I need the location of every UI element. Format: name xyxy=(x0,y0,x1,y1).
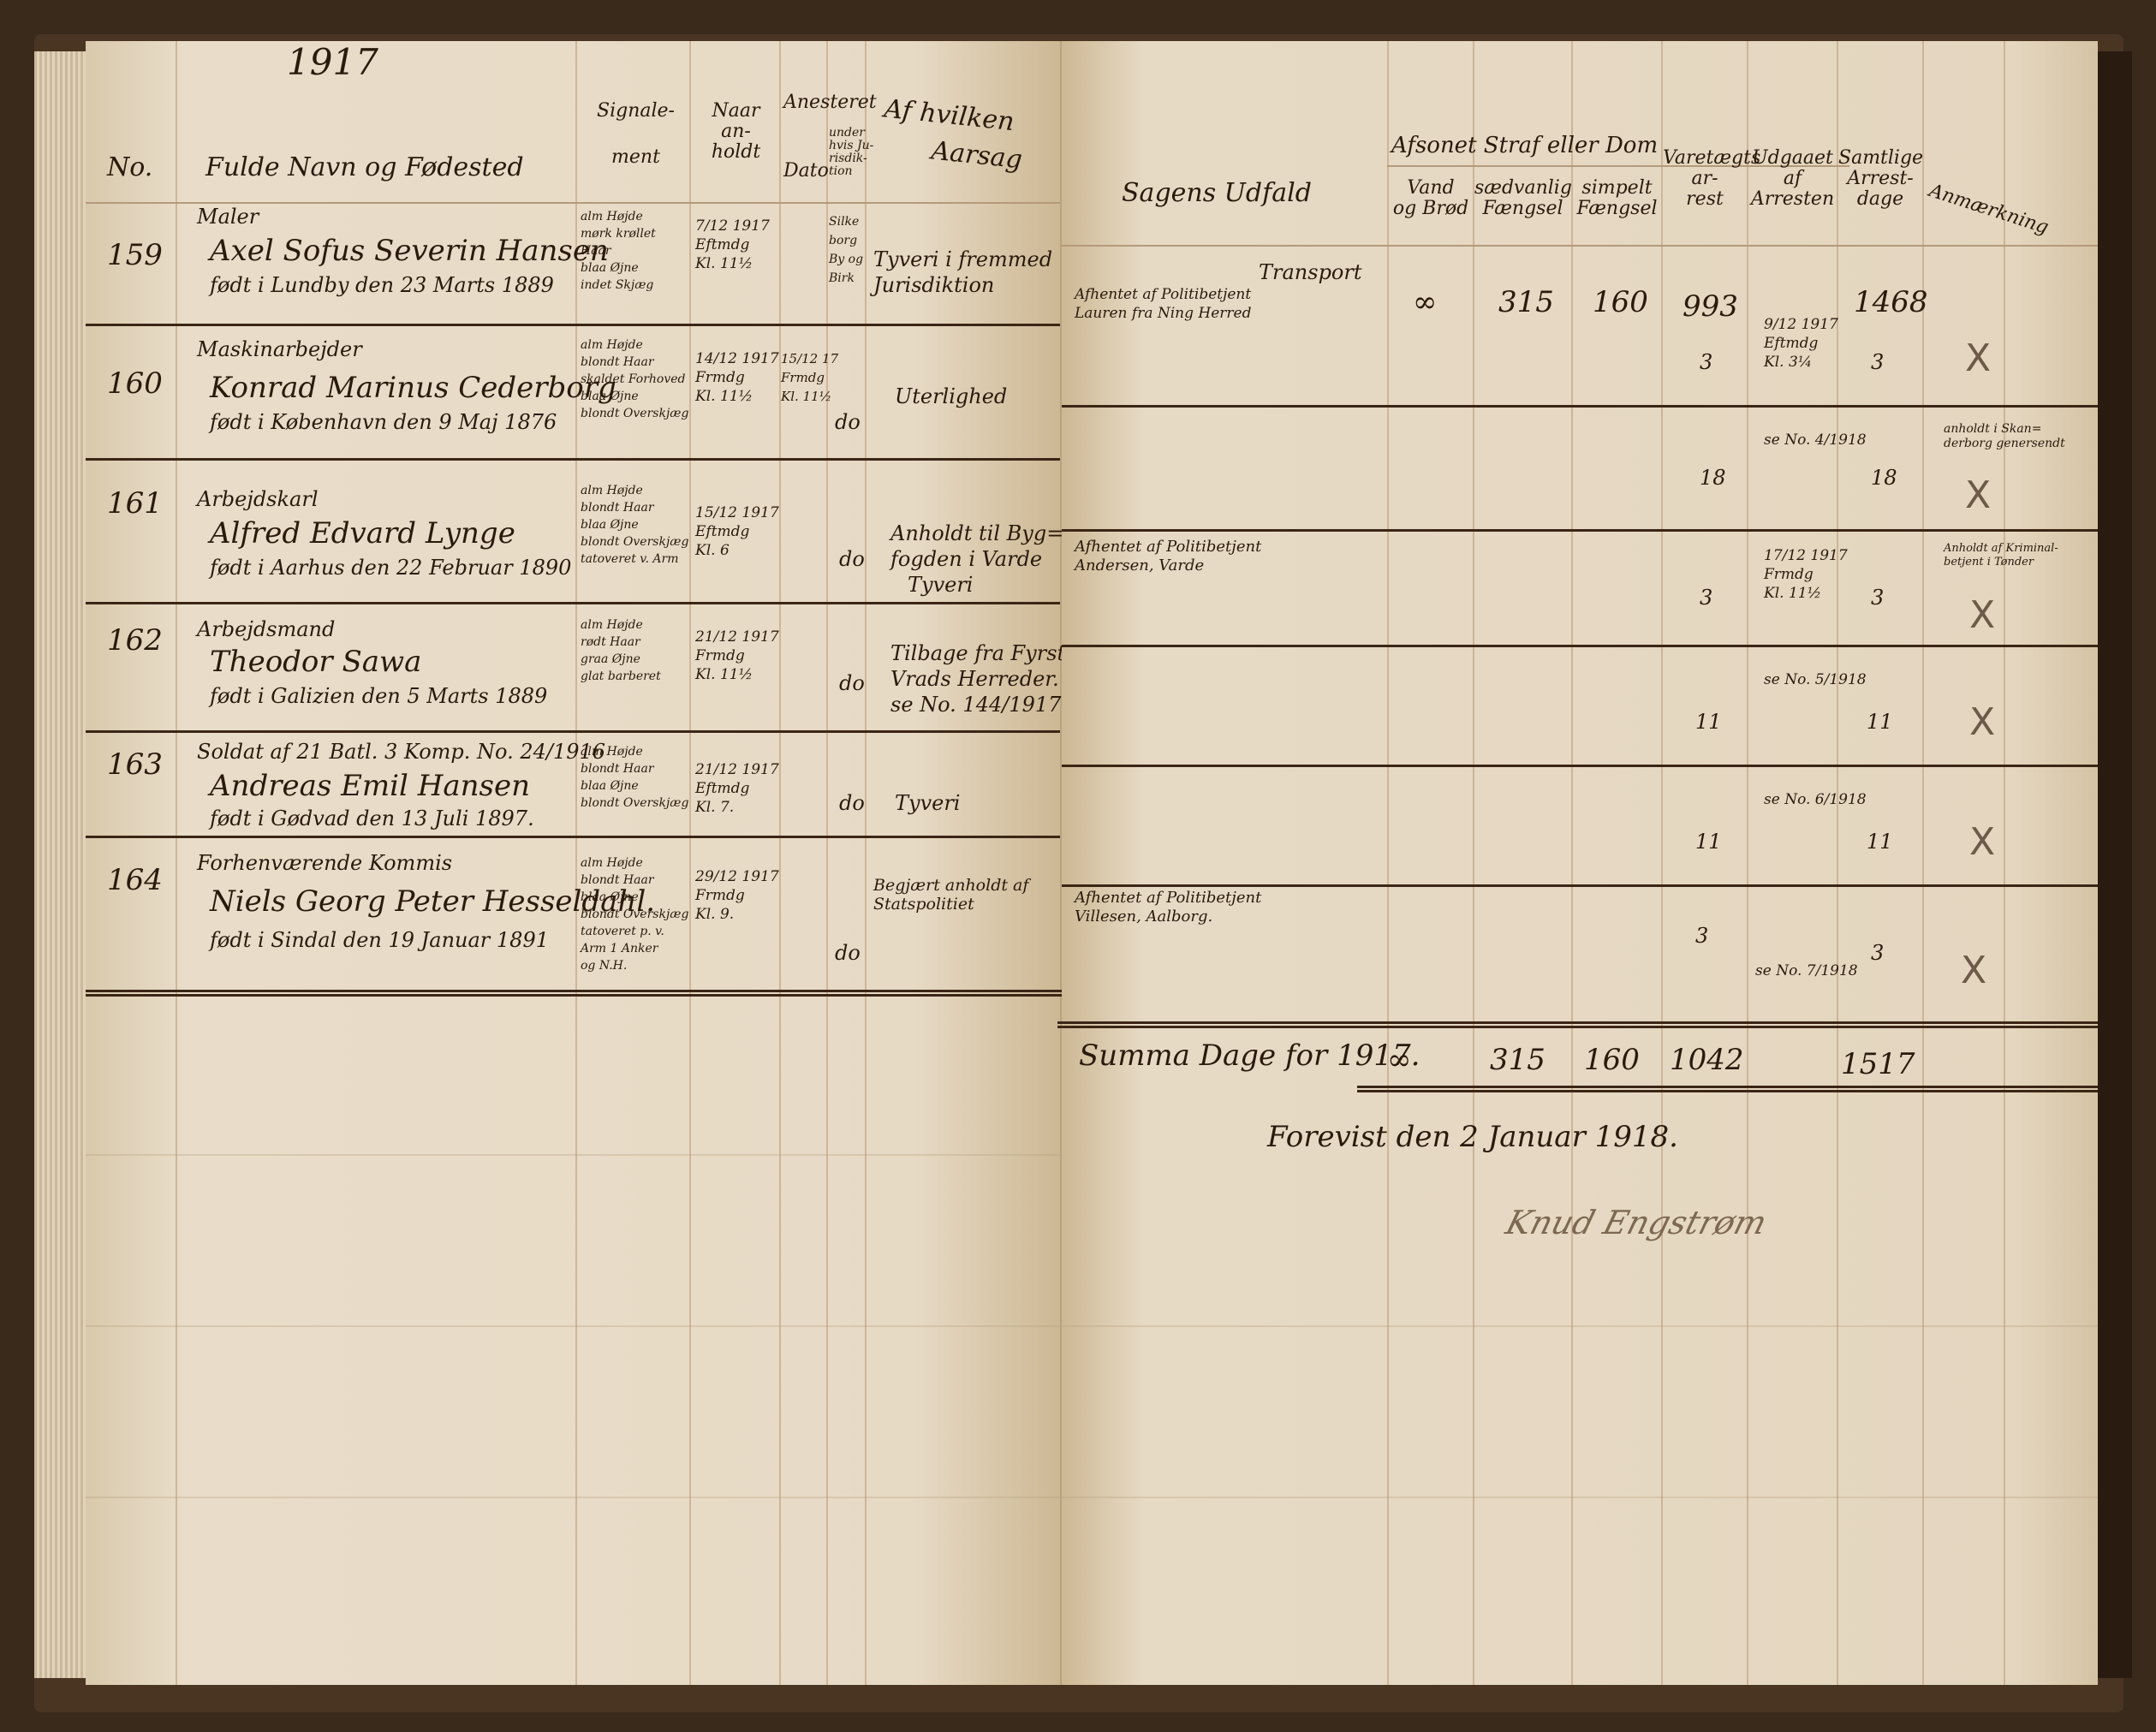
checked-mark-icon: X xyxy=(1965,473,1991,517)
column-rule xyxy=(826,41,828,1685)
anmaerkning-cell: Anholdt af Kriminal-betjent i Tønder xyxy=(1944,542,2058,569)
column-rule xyxy=(1661,41,1663,1685)
book-cover-edge xyxy=(2098,51,2132,1678)
anmaerkning-cell: anholdt i Skan=derborg genersendt xyxy=(1944,422,2065,451)
row-divider xyxy=(86,324,1060,326)
column-rule xyxy=(1473,41,1474,1685)
header-varetaegt: Varetægtsar-rest xyxy=(1663,148,1747,210)
header-sagens-udfald: Sagens Udfald xyxy=(1122,178,1312,208)
anholdt-cell: 29/12 1917FrmdgKl. 9. xyxy=(695,867,779,924)
header-jurisdiktion: under hvis Ju- risdik- tion xyxy=(829,127,873,178)
page-edges-left xyxy=(34,51,86,1678)
header-signalement: Signale- ment xyxy=(587,101,685,168)
column-rule xyxy=(865,41,867,1685)
header-aarsag: Af hvilken Aarsag xyxy=(878,94,1027,176)
signalement-cell: alm Højdeblondt Haarblaa Øjneblondt Over… xyxy=(581,482,688,568)
ruling xyxy=(86,1325,1060,1327)
header-sedvanlig-faengsel: sædvanligFængsel xyxy=(1474,178,1571,219)
udfald-cell: Afhentet af PolitibetjentLauren fra Ning… xyxy=(1075,285,1252,323)
header-anmaerkning: Anmærkning xyxy=(1927,181,2051,239)
header-name-birthplace: Fulde Navn og Fødested xyxy=(205,152,524,182)
anholdt-cell: 14/12 1917FrmdgKl. 11½ xyxy=(695,349,779,406)
header-divider xyxy=(1062,245,2098,247)
totals-label: Summa Dage for 1917. xyxy=(1079,1039,1420,1073)
header-vand-brod: Vandog Brød xyxy=(1389,178,1473,219)
signalement-cell: alm Højdeblondt Haarblaa Øjneblondt Over… xyxy=(581,854,688,974)
column-rule xyxy=(1837,41,1838,1685)
aarsag-cell: Tyveri i fremmedJurisdiktion xyxy=(873,247,1052,298)
column-rule xyxy=(689,41,691,1685)
row-divider xyxy=(86,730,1060,733)
header-dato: Dato xyxy=(783,161,829,182)
checked-mark-icon: X xyxy=(1961,949,1986,992)
row-divider xyxy=(1062,645,2098,647)
header-samtlige: SamtligeArrest-dage xyxy=(1838,148,1922,210)
anholdt-cell: 21/12 1917FrmdgKl. 11½ xyxy=(695,628,779,684)
checked-mark-icon: X xyxy=(1969,700,1995,744)
column-rule xyxy=(1387,41,1389,1685)
anholdt-cell: 15/12 1917EftmdgKl. 6 xyxy=(695,503,779,560)
row-divider xyxy=(86,458,1060,461)
header-number: No. xyxy=(107,152,152,182)
row-divider xyxy=(86,836,1060,838)
column-rule xyxy=(1571,41,1573,1685)
totals-top-rule xyxy=(1057,1021,2098,1028)
ruling xyxy=(1062,1325,2098,1327)
ledger-year: 1917 xyxy=(287,41,378,83)
dato-cell: 15/12 17FrmdgKl. 11½ xyxy=(781,349,838,406)
udfald-cell: Afhentet af PolitibetjentAndersen, Varde xyxy=(1075,538,1261,575)
anholdt-cell: 21/12 1917EftmdgKl. 7. xyxy=(695,760,779,817)
header-udgaaet: UdgaaetafArresten xyxy=(1748,148,1837,210)
left-page: 1917 No. Fulde Navn og Fødested Signale-… xyxy=(86,41,1062,1685)
row-divider xyxy=(1062,765,2098,767)
signalement-cell: alm Højdeblondt Haarblaa Øjneblondt Over… xyxy=(581,743,688,812)
column-rule xyxy=(575,41,577,1685)
column-rule xyxy=(1747,41,1748,1685)
signalement-cell: alm Højderødt Haargraa Øjneglat barberet xyxy=(581,616,661,685)
udgaaet-cell: 9/12 1917EftmdgKl. 3¼ xyxy=(1764,315,1838,372)
udgaaet-cell: 17/12 1917FrmdgKl. 11½ xyxy=(1764,546,1848,603)
checked-mark-icon: X xyxy=(1969,593,1995,637)
aarsag-cell: Begjært anholdt afStatspolitiet xyxy=(873,876,1028,914)
ruling xyxy=(1062,1497,2098,1498)
row-divider xyxy=(1062,405,2098,408)
totals-bottom-rule xyxy=(1357,1086,2098,1092)
ruling xyxy=(86,1497,1060,1498)
signalement-cell: alm Højdeblondt Haarskaldet Forhovedblaa… xyxy=(581,336,688,422)
checked-mark-icon: X xyxy=(1965,336,1991,380)
header-anholdt-group: Anesteret xyxy=(783,92,877,113)
ruling xyxy=(86,1154,1060,1156)
column-rule xyxy=(779,41,781,1685)
row-divider xyxy=(1062,884,2098,887)
header-straf-group: Afsonet Straf eller Dom xyxy=(1391,135,1658,156)
forevist-note: Forevist den 2 Januar 1918. xyxy=(1267,1120,1678,1154)
signature: Knud Engstrøm xyxy=(1503,1205,1771,1240)
aarsag-cell: Anholdt til Byg=fogden i VardeTyveri xyxy=(890,521,1063,598)
header-simpelt-faengsel: simpeltFængsel xyxy=(1573,178,1661,219)
jurisdiktion-cell: SilkeborgBy ogBirk xyxy=(829,212,863,288)
column-rule xyxy=(176,41,177,1685)
header-naar-anholdt: Naar an- holdt xyxy=(695,101,777,163)
anholdt-cell: 7/12 1917EftmdgKl. 11½ xyxy=(695,217,770,273)
row-divider xyxy=(1062,529,2098,532)
end-rule xyxy=(86,990,1064,997)
signalement-cell: alm Højdemørk krølletHaarblaa Øjneindet … xyxy=(581,208,656,294)
row-divider xyxy=(86,602,1060,604)
checked-mark-icon: X xyxy=(1969,820,1995,864)
right-page: Sagens Udfald Afsonet Straf eller Dom Va… xyxy=(1062,41,2098,1685)
column-rule xyxy=(2004,41,2005,1685)
udfald-cell: Afhentet af PolitibetjentVillesen, Aalbo… xyxy=(1075,889,1261,926)
